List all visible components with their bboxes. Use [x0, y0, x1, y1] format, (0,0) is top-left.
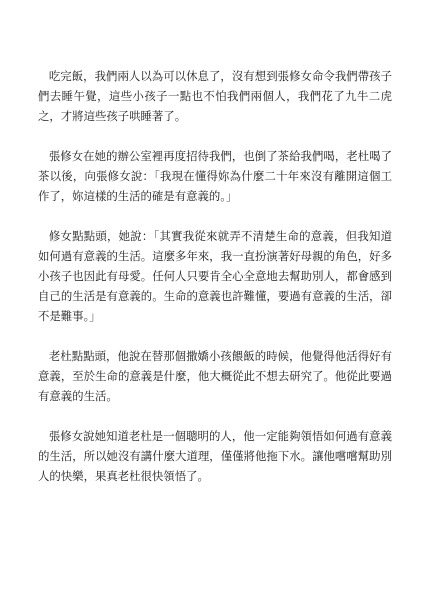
paragraph: 修女點點頭，她說：「其實我從來就弄不清楚生命的意義，但我知道如何過有意義的生活。…	[38, 226, 392, 326]
paragraph: 吃完飯，我們兩人以為可以休息了，沒有想到張修女命令我們帶孩子們去睡午覺，這些小孩…	[38, 66, 392, 126]
text-block: 吃完飯，我們兩人以為可以休息了，沒有想到張修女命令我們帶孩子們去睡午覺，這些小孩…	[38, 66, 392, 486]
document-page: 吃完飯，我們兩人以為可以休息了，沒有想到張修女命令我們帶孩子們去睡午覺，這些小孩…	[0, 0, 425, 600]
paragraph: 張修女說她知道老杜是一個聰明的人，他一定能夠領悟如何過有意義的生活，所以她沒有講…	[38, 426, 392, 486]
paragraph: 張修女在她的辦公室裡再度招待我們，也倒了茶給我們喝，老杜喝了茶以後，向張修女說：…	[38, 146, 392, 206]
paragraph: 老杜點點頭，他說在替那個撒嬌小孩餵飯的時候，他覺得他活得好有意義，至於生命的意義…	[38, 346, 392, 406]
